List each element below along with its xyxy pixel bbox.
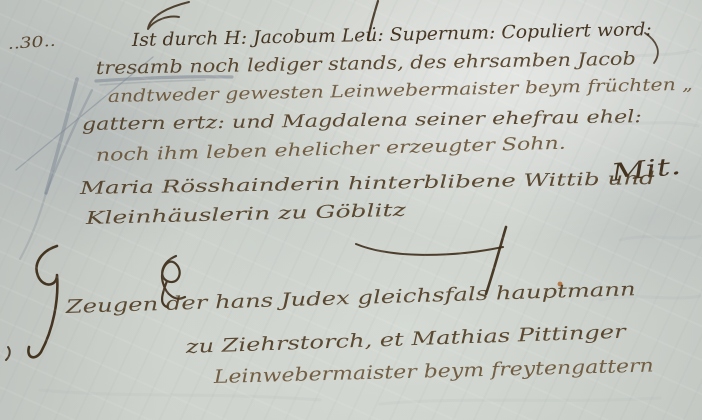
margin-comma-mark: [6, 347, 10, 360]
entry-line-6: Maria Rösshainderin hinterblibene Wittib…: [78, 169, 655, 199]
margin-entry-number: ..30..: [7, 32, 56, 53]
entry-line-1: Ist durch H: Jacobum Leü: Supernum: Copu…: [131, 19, 652, 51]
witness-line-1: Zeugen der hans Judex gleichsfals hauptm…: [64, 279, 636, 318]
entry-line-7: Kleinhäuslerin zu Göblitz: [84, 201, 407, 229]
manuscript-page: ..30.. Ist durch H: Jacobum Leü: Supernu…: [0, 0, 702, 420]
witness-initial-flourish: [28, 246, 57, 357]
manuscript-scan: ..30.. Ist durch H: Jacobum Leü: Supernu…: [0, 0, 702, 420]
verso-bleedthrough-marks-bottom: [40, 390, 660, 404]
entry-line-2: tresamb noch lediger stands, des ehrsamb…: [96, 49, 636, 79]
witness-line-2: zu Ziehrstorch, et Mathias Pittinger: [184, 322, 627, 358]
entry-line-4: gattern ertz: und Magdalena seiner ehefr…: [82, 107, 642, 135]
pencil-checkmark-tail: [20, 193, 46, 259]
entry-line-5: noch ihm leben ehelicher erzeugter Sohn.: [96, 134, 566, 166]
paragraph-end-underswash: [356, 244, 503, 255]
pencil-checkmark-down-stroke: [46, 79, 77, 193]
top-ribbon-flourish: [148, 2, 189, 29]
witness-line-3: Leinwebermaister beym freytengattern: [212, 355, 654, 388]
